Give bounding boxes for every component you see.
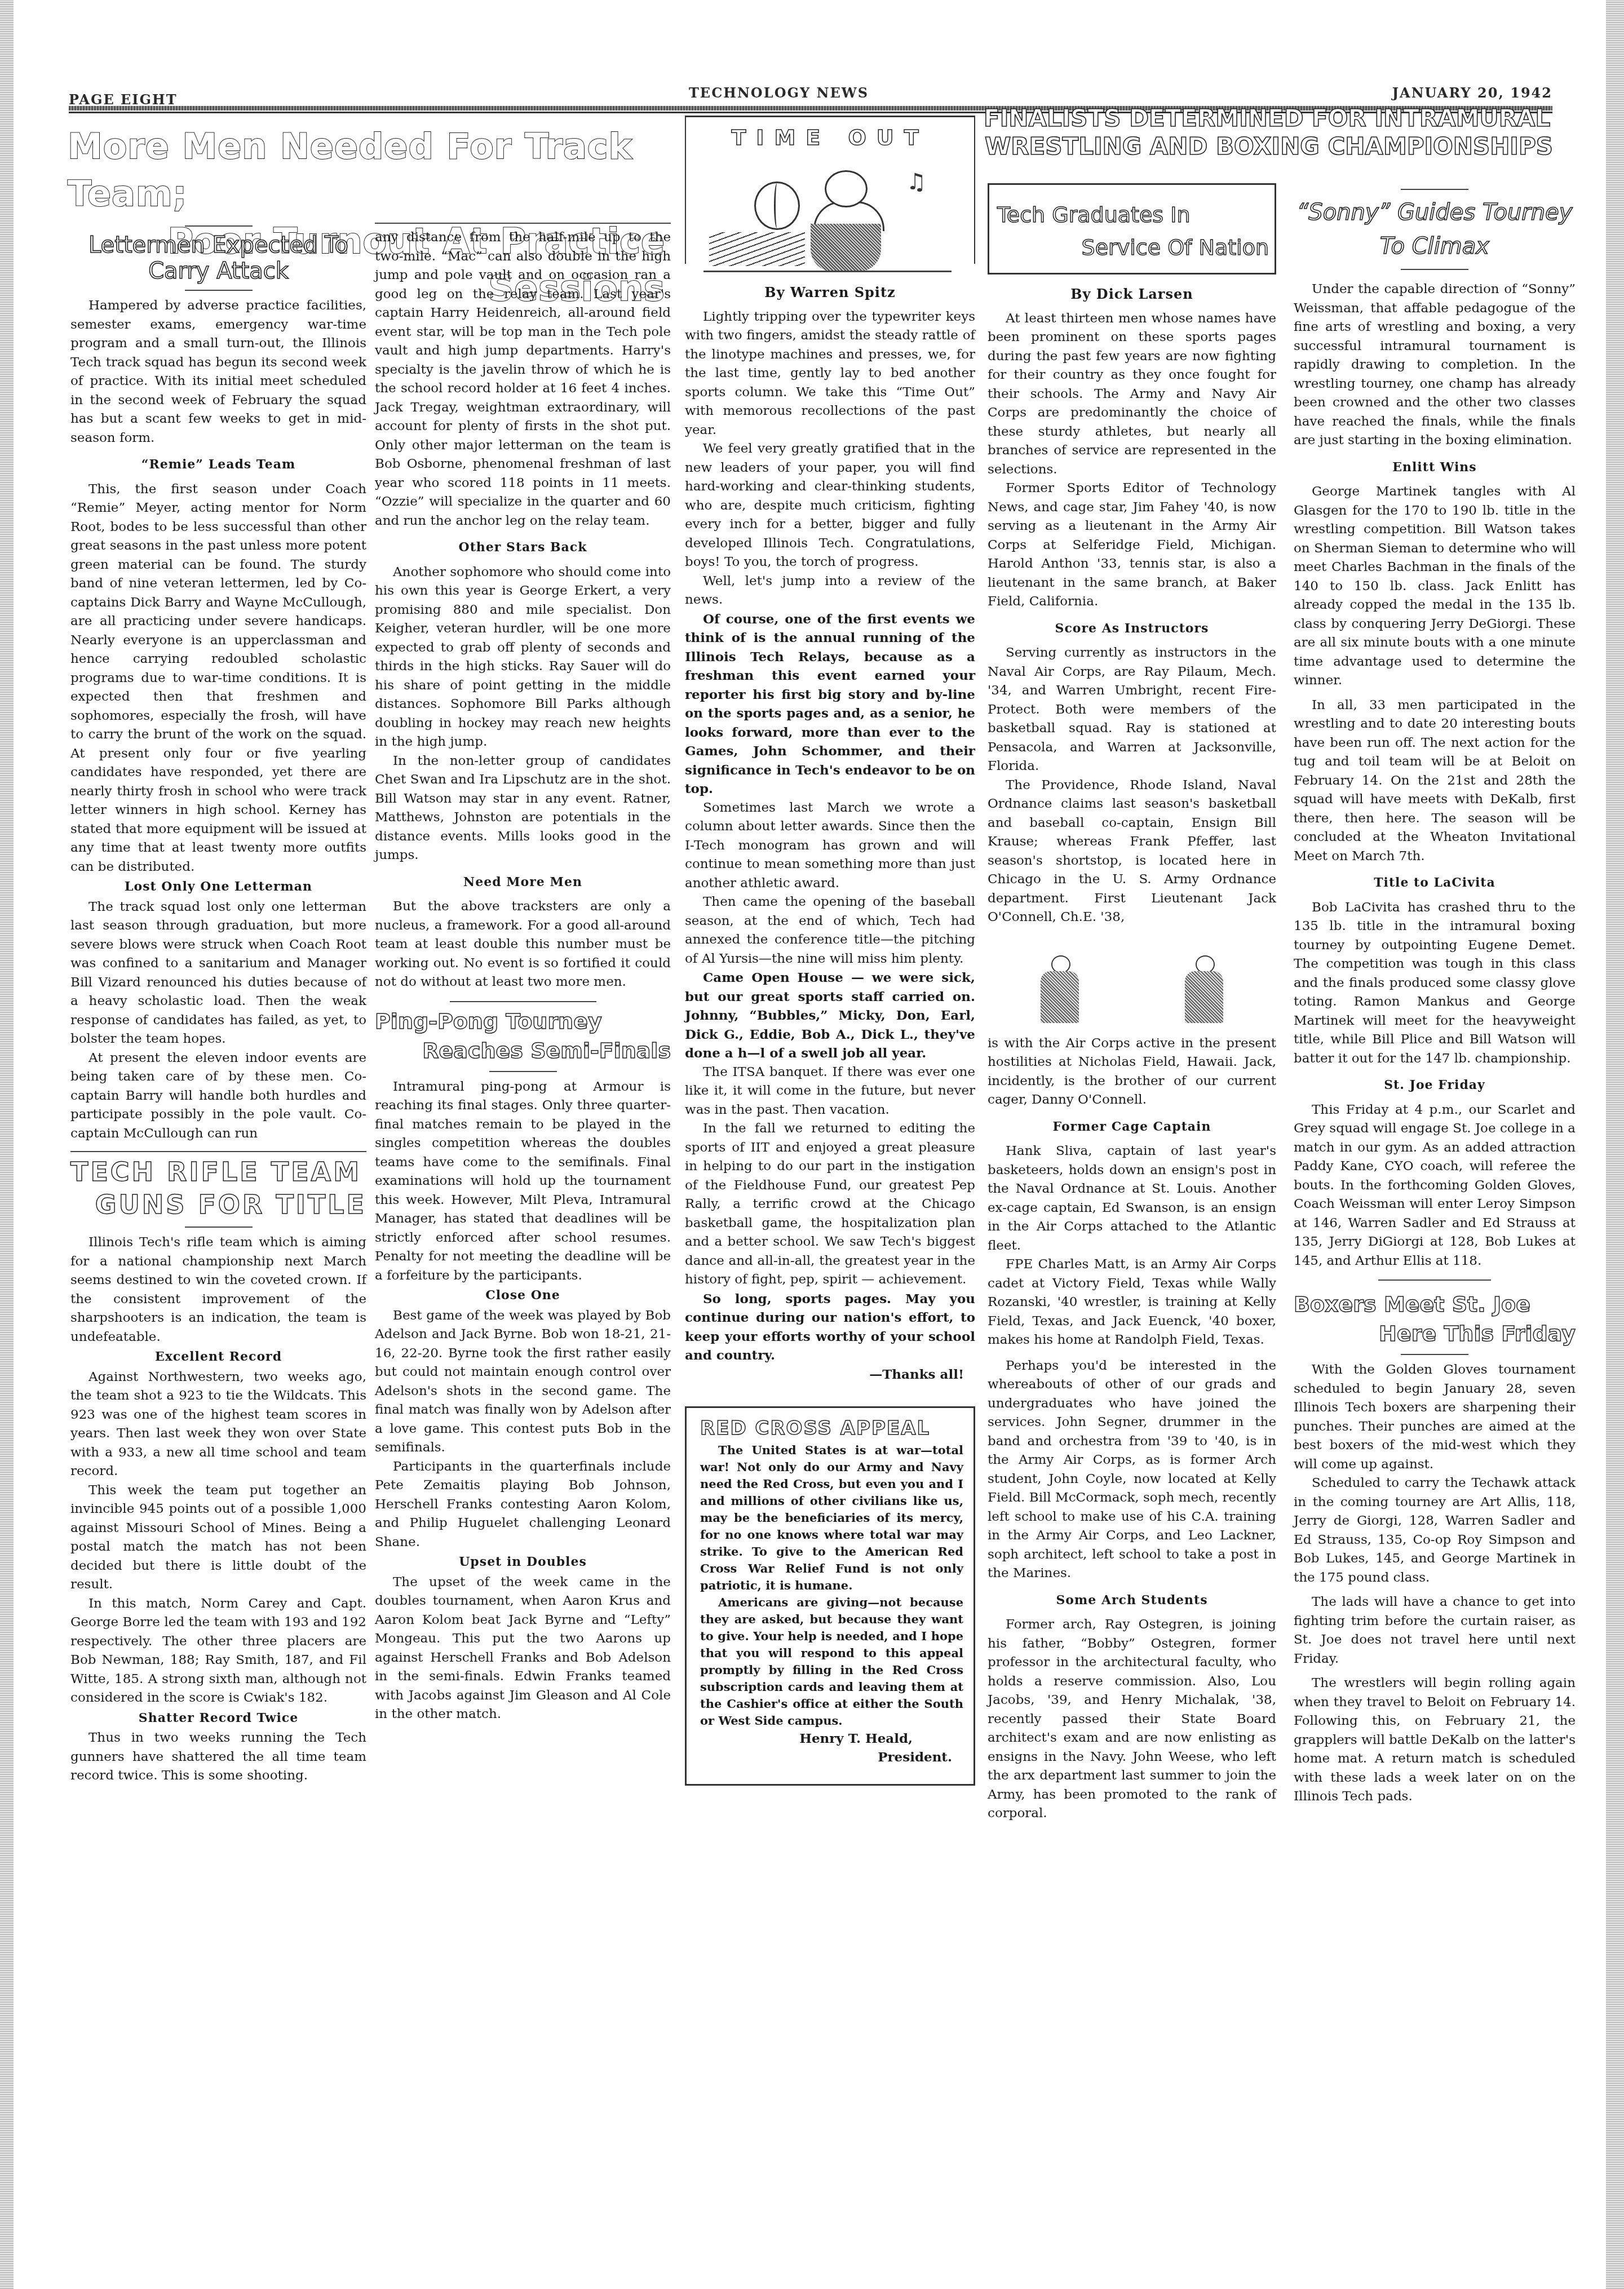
graduates-headline-line1: Tech Graduates In — [997, 198, 1269, 231]
timeout-paragraph: We feel very greatly gratified that in t… — [685, 440, 975, 572]
finalists-headline-line2: WRESTLING AND BOXING CHAMPIONSHIPS — [984, 132, 1553, 161]
track-subhead-remie: “Remie” Leads Team — [70, 455, 366, 475]
finalists-headline-line1: FINALISTS DETERMINED FOR INTRAMURAL — [984, 104, 1553, 132]
divider — [70, 1151, 366, 1152]
pingpong-paragraph: The upset of the week came in the double… — [375, 1573, 671, 1724]
track-paragraph: In the non-letter group of candidates Ch… — [375, 752, 671, 865]
issue-date: JANUARY 20, 1942 — [1392, 85, 1552, 101]
timeout-paragraph: Then came the opening of the baseball se… — [685, 893, 975, 968]
graduates-paragraph: Perhaps you'd be interested in the where… — [988, 1357, 1276, 1583]
redcross-paragraph: The United States is at war—total war! N… — [700, 1442, 963, 1594]
timeout-cartoon: ♫ — [698, 148, 963, 277]
graduates-paragraph: Former Sports Editor of Technology News,… — [988, 479, 1276, 612]
pingpong-headline-line2: Reaches Semi-Finals — [375, 1036, 671, 1065]
sonny-subhead-lacivita: Title to LaCivita — [1294, 874, 1576, 893]
track-subhead-need-more: Need More Men — [375, 873, 671, 892]
basketball-icon — [754, 181, 800, 230]
boxers-paragraph: The lads will have a chance to get into … — [1294, 1593, 1576, 1668]
divider — [1401, 1354, 1468, 1355]
pingpong-subhead-upset: Upset in Doubles — [375, 1553, 671, 1572]
graduates-paragraph: Former arch, Ray Ostegren, is joining hi… — [988, 1615, 1276, 1823]
graduates-headline-line2: Service Of Nation — [997, 231, 1269, 264]
graduates-headline: Tech Graduates In Service Of Nation — [997, 198, 1269, 264]
scan-edge-right — [1606, 0, 1624, 2289]
track-subhead-other-stars: Other Stars Back — [375, 538, 671, 557]
rifle-subhead-record: Excellent Record — [70, 1348, 366, 1367]
sonny-headline: “Sonny” Guides Tourney To Climax — [1294, 196, 1576, 263]
timeout-paragraph: Lightly tripping over the typewriter key… — [685, 308, 975, 440]
sonny-subhead-enlitt: Enlitt Wins — [1294, 458, 1576, 477]
redcross-paragraph: Americans are giving—not because they ar… — [700, 1594, 963, 1729]
cartoon-man-head — [825, 170, 868, 207]
track-paragraph: At present the eleven indoor events are … — [70, 1049, 366, 1144]
divider — [185, 1227, 253, 1228]
soldier-illustrations — [988, 938, 1276, 1023]
sonny-paragraph: Bob LaCivita has crashed thru to the 135… — [1294, 898, 1576, 1069]
wastebasket-icon — [811, 224, 881, 272]
graduates-subhead-instructors: Score As Instructors — [988, 619, 1276, 639]
column-3: TIME OUT ♫ By Warren Spitz Lightly tripp… — [685, 116, 975, 1786]
rifle-headline-line1: TECH RIFLE TEAM — [70, 1155, 366, 1188]
timeout-header-box: TIME OUT ♫ — [685, 116, 975, 264]
sonny-paragraph: In all, 33 men participated in the wrest… — [1294, 696, 1576, 866]
pingpong-headline: Ping-Pong Tourney Reaches Semi-Finals — [375, 1007, 671, 1065]
graduates-paragraph: Hank Sliva, captain of last year's baske… — [988, 1142, 1276, 1255]
track-paragraph: Another sophomore who should come into h… — [375, 563, 671, 752]
timeout-paragraph: Sometimes last March we wrote a column a… — [685, 799, 975, 893]
graduates-paragraph: The Providence, Rhode Island, Naval Ordn… — [988, 776, 1276, 927]
rifle-paragraph: Against Northwestern, two weeks ago, the… — [70, 1368, 366, 1481]
cartoon-floor — [703, 271, 952, 272]
graduates-paragraph: FPE Charles Matt, is an Army Air Corps c… — [988, 1255, 1276, 1350]
rifle-paragraph: In this match, Norm Carey and Capt. Geor… — [70, 1595, 366, 1708]
redcross-title: RED CROSS APPEAL — [700, 1419, 963, 1438]
track-paragraph: any distance from the half-mile up to th… — [375, 228, 671, 530]
boxers-headline-line2: Here This Friday — [1294, 1319, 1576, 1348]
divider — [450, 1001, 596, 1002]
boxers-paragraph: The wrestlers will begin rolling again w… — [1294, 1674, 1576, 1807]
rifle-subhead-shatter: Shatter Record Twice — [70, 1709, 366, 1728]
timeout-paragraph: So long, sports pages. May you continue … — [685, 1290, 975, 1365]
redcross-signature-name: Henry T. Heald, — [700, 1729, 913, 1748]
sonny-headline-line1: “Sonny” Guides Tourney — [1294, 196, 1576, 229]
timeout-signoff: —Thanks all! — [685, 1365, 964, 1384]
sonny-subhead-stjoe: St. Joe Friday — [1294, 1076, 1576, 1095]
graduates-headline-box: Tech Graduates In Service Of Nation — [988, 183, 1276, 274]
rifle-headline: TECH RIFLE TEAM GUNS FOR TITLE — [70, 1155, 366, 1221]
pingpong-subhead-close-one: Close One — [375, 1286, 671, 1305]
track-paragraph: This, the first season under Coach “Remi… — [70, 480, 366, 877]
timeout-paragraph: Came Open House — we were sick, but our … — [685, 968, 975, 1063]
sonny-paragraph: This Friday at 4 p.m., our Scarlet and G… — [1294, 1101, 1576, 1271]
boxers-paragraph: Scheduled to carry the Techawk attack in… — [1294, 1474, 1576, 1587]
newspaper-name: TECHNOLOGY NEWS — [689, 85, 869, 101]
soldier-figure-left — [1037, 955, 1082, 1023]
graduates-subhead-cage-captain: Former Cage Captain — [988, 1118, 1276, 1137]
sonny-paragraph: George Martinek tangles with Al Glasgen … — [1294, 482, 1576, 690]
graduates-byline: By Dick Larsen — [988, 285, 1276, 304]
column-1: Lettermen Expected To Carry Attack Hampe… — [70, 220, 366, 1786]
column-2: any distance from the half-mile up to th… — [375, 223, 671, 1724]
redcross-signature-title: President. — [700, 1748, 952, 1767]
track-subheadline: Lettermen Expected To Carry Attack — [70, 232, 366, 284]
finalists-headline: FINALISTS DETERMINED FOR INTRAMURAL WRES… — [984, 104, 1553, 161]
soldier-figure-right — [1182, 955, 1227, 1023]
pingpong-paragraph: Intramural ping-pong at Armour is reachi… — [375, 1078, 671, 1286]
divider — [1378, 1279, 1491, 1281]
timeout-paragraph: Well, let's jump into a review of the ne… — [685, 572, 975, 610]
rifle-paragraph: Thus in two weeks running the Tech gunne… — [70, 1729, 366, 1786]
graduates-paragraph: At least thirteen men whose names have b… — [988, 309, 1276, 480]
pingpong-paragraph: Best game of the week was played by Bob … — [375, 1307, 671, 1458]
rifle-headline-line2: GUNS FOR TITLE — [70, 1188, 366, 1221]
divider — [1401, 189, 1468, 190]
divider — [375, 223, 671, 224]
boxers-headline-line1: Boxers Meet St. Joe — [1294, 1290, 1576, 1319]
track-paragraph: But the above tracksters are only a nucl… — [375, 897, 671, 992]
page-number: PAGE EIGHT — [69, 91, 178, 108]
track-paragraph: The track squad lost only one letterman … — [70, 898, 366, 1049]
rifle-paragraph: Illinois Tech's rifle team which is aimi… — [70, 1233, 366, 1347]
track-subhead-lost: Lost Only One Letterman — [70, 878, 366, 897]
sonny-headline-line2: To Climax — [1294, 229, 1576, 263]
boxers-headline: Boxers Meet St. Joe Here This Friday — [1294, 1290, 1576, 1348]
divider — [1401, 269, 1468, 270]
timeout-title: TIME OUT — [686, 129, 974, 148]
redcross-appeal-box: RED CROSS APPEAL The United States is at… — [685, 1406, 975, 1786]
divider — [185, 290, 253, 291]
scan-edge-left — [0, 0, 14, 2289]
timeout-paragraph: The ITSA banquet. If there was ever one … — [685, 1063, 975, 1120]
divider — [489, 1071, 557, 1072]
timeout-byline: By Warren Spitz — [685, 283, 975, 302]
papers-illustration — [709, 232, 805, 266]
music-note-icon: ♫ — [906, 173, 927, 192]
pingpong-headline-line1: Ping-Pong Tourney — [375, 1007, 671, 1036]
boxers-paragraph: With the Golden Gloves tournament schedu… — [1294, 1361, 1576, 1474]
column-4: Tech Graduates In Service Of Nation By D… — [988, 183, 1276, 1823]
column-5: “Sonny” Guides Tourney To Climax Under t… — [1294, 183, 1576, 1807]
divider — [185, 225, 253, 227]
track-paragraph: Hampered by adverse practice facilities,… — [70, 296, 366, 448]
graduates-subhead-arch: Some Arch Students — [988, 1591, 1276, 1610]
track-headline-line1: More Men Needed For Track Team; — [68, 126, 632, 214]
rifle-paragraph: This week the team put together an invin… — [70, 1481, 366, 1595]
sonny-paragraph: Under the capable direction of “Sonny” W… — [1294, 280, 1576, 450]
timeout-paragraph: Of course, one of the first events we th… — [685, 610, 975, 799]
graduates-paragraph: is with the Air Corps active in the pres… — [988, 1034, 1276, 1110]
graduates-paragraph: Serving currently as instructors in the … — [988, 644, 1276, 776]
timeout-paragraph: In the fall we returned to editing the s… — [685, 1119, 975, 1290]
pingpong-paragraph: Participants in the quarterfinals includ… — [375, 1458, 671, 1552]
